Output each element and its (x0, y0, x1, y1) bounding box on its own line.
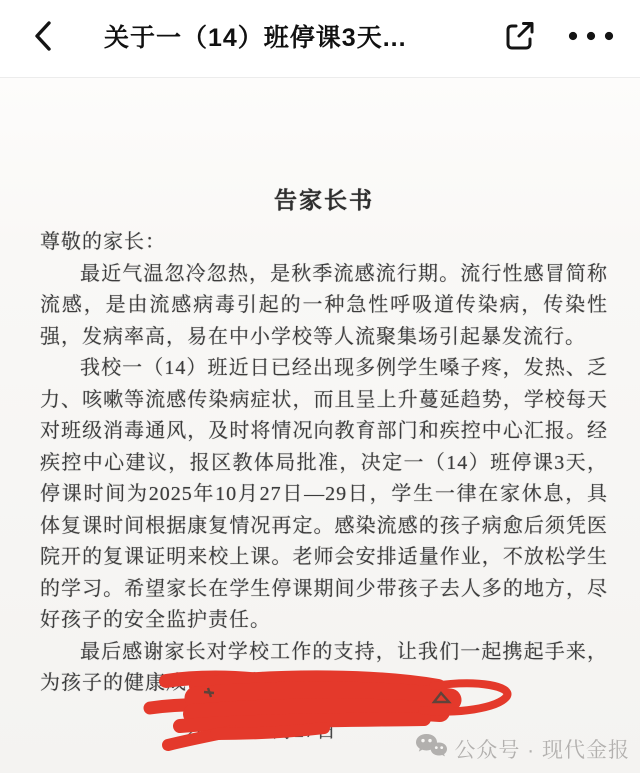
salutation: 尊敬的家长： (40, 227, 608, 259)
wechat-icon (415, 733, 447, 765)
paragraph: 最近气温忽冷忽热，是秋季流感流行期。流行性感冒简称流感，是由流感病毒引起的一种急… (40, 259, 608, 354)
document-title: 告家长书 (40, 182, 608, 215)
document-body: 尊敬的家长： 最近气温忽冷忽热，是秋季流感流行期。流行性感冒简称流感，是由流感病… (40, 227, 608, 700)
share-icon (502, 18, 538, 59)
paragraph: 我校一（14）班近日已经出现多例学生嗓子疼，发热、乏力、咳嗽等流感传染病症状，而… (40, 353, 608, 637)
watermark-label: 公众号 · 现代金报 (454, 734, 630, 764)
paragraph: 最后感谢家长对学校工作的支持，让我们一起携起手来，为孩子的健康成长保驾护航。 (40, 637, 608, 700)
document-photo[interactable]: 告家长书 尊敬的家长： 最近气温忽冷忽热，是秋季流感流行期。流行性感冒简称流感，… (0, 78, 640, 773)
app-window: 关于一（14）班停课3天... 告家长书 (0, 0, 640, 773)
more-button[interactable] (558, 16, 624, 60)
date-line: 2025年10月27日 (186, 714, 337, 743)
back-button[interactable] (24, 18, 62, 58)
page-title: 关于一（14）班停课3天... (104, 16, 496, 60)
chevron-left-icon (30, 19, 56, 58)
ellipsis-icon (565, 29, 617, 47)
share-button[interactable] (498, 16, 542, 60)
watermark: 公众号 · 现代金报 (415, 733, 630, 765)
nav-bar: 关于一（14）班停课3天... (0, 0, 640, 78)
